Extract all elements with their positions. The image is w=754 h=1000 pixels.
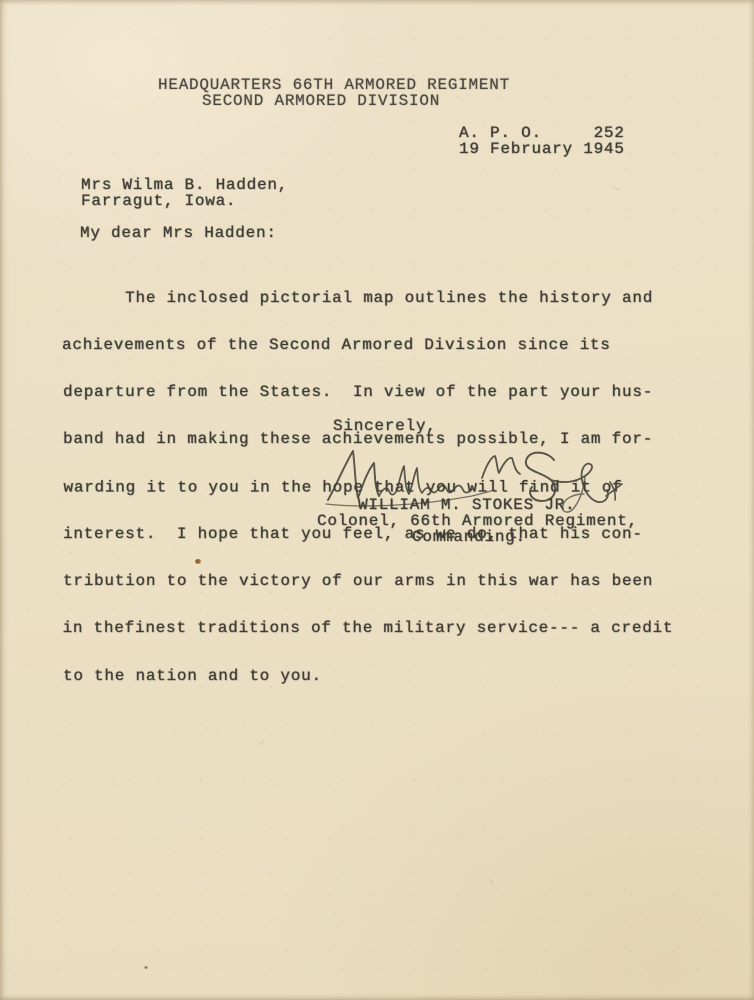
date-line: 19 February 1945 (459, 142, 625, 158)
body-line: to the nation and to you. (63, 669, 674, 685)
closing-sincerely: Sincerely, (333, 419, 437, 435)
letter-page: HEADQUARTERS 66TH ARMORED REGIMENT SECON… (0, 0, 754, 1000)
salutation: My dear Mrs Hadden: (80, 226, 277, 242)
signature-commanding: Commanding. (412, 530, 526, 546)
paper-fiber (490, 879, 494, 887)
recipient-address: Farragut, Iowa. (81, 194, 236, 210)
paper-stain-speck (144, 966, 148, 969)
body-line: in thefinest traditions of the military … (63, 621, 674, 637)
body-line: tribution to the victory of our arms in … (63, 574, 674, 590)
letterhead-line-2: SECOND ARMORED DIVISION (202, 94, 440, 110)
paper-stain-speck (195, 559, 201, 564)
paper-fiber (258, 740, 264, 745)
body-line: The inclosed pictorial map outlines the … (63, 291, 674, 307)
body-line: departure from the States. In view of th… (63, 385, 674, 401)
body-line: achievements of the Second Armored Divis… (62, 338, 673, 354)
paper-fiber (612, 186, 621, 191)
